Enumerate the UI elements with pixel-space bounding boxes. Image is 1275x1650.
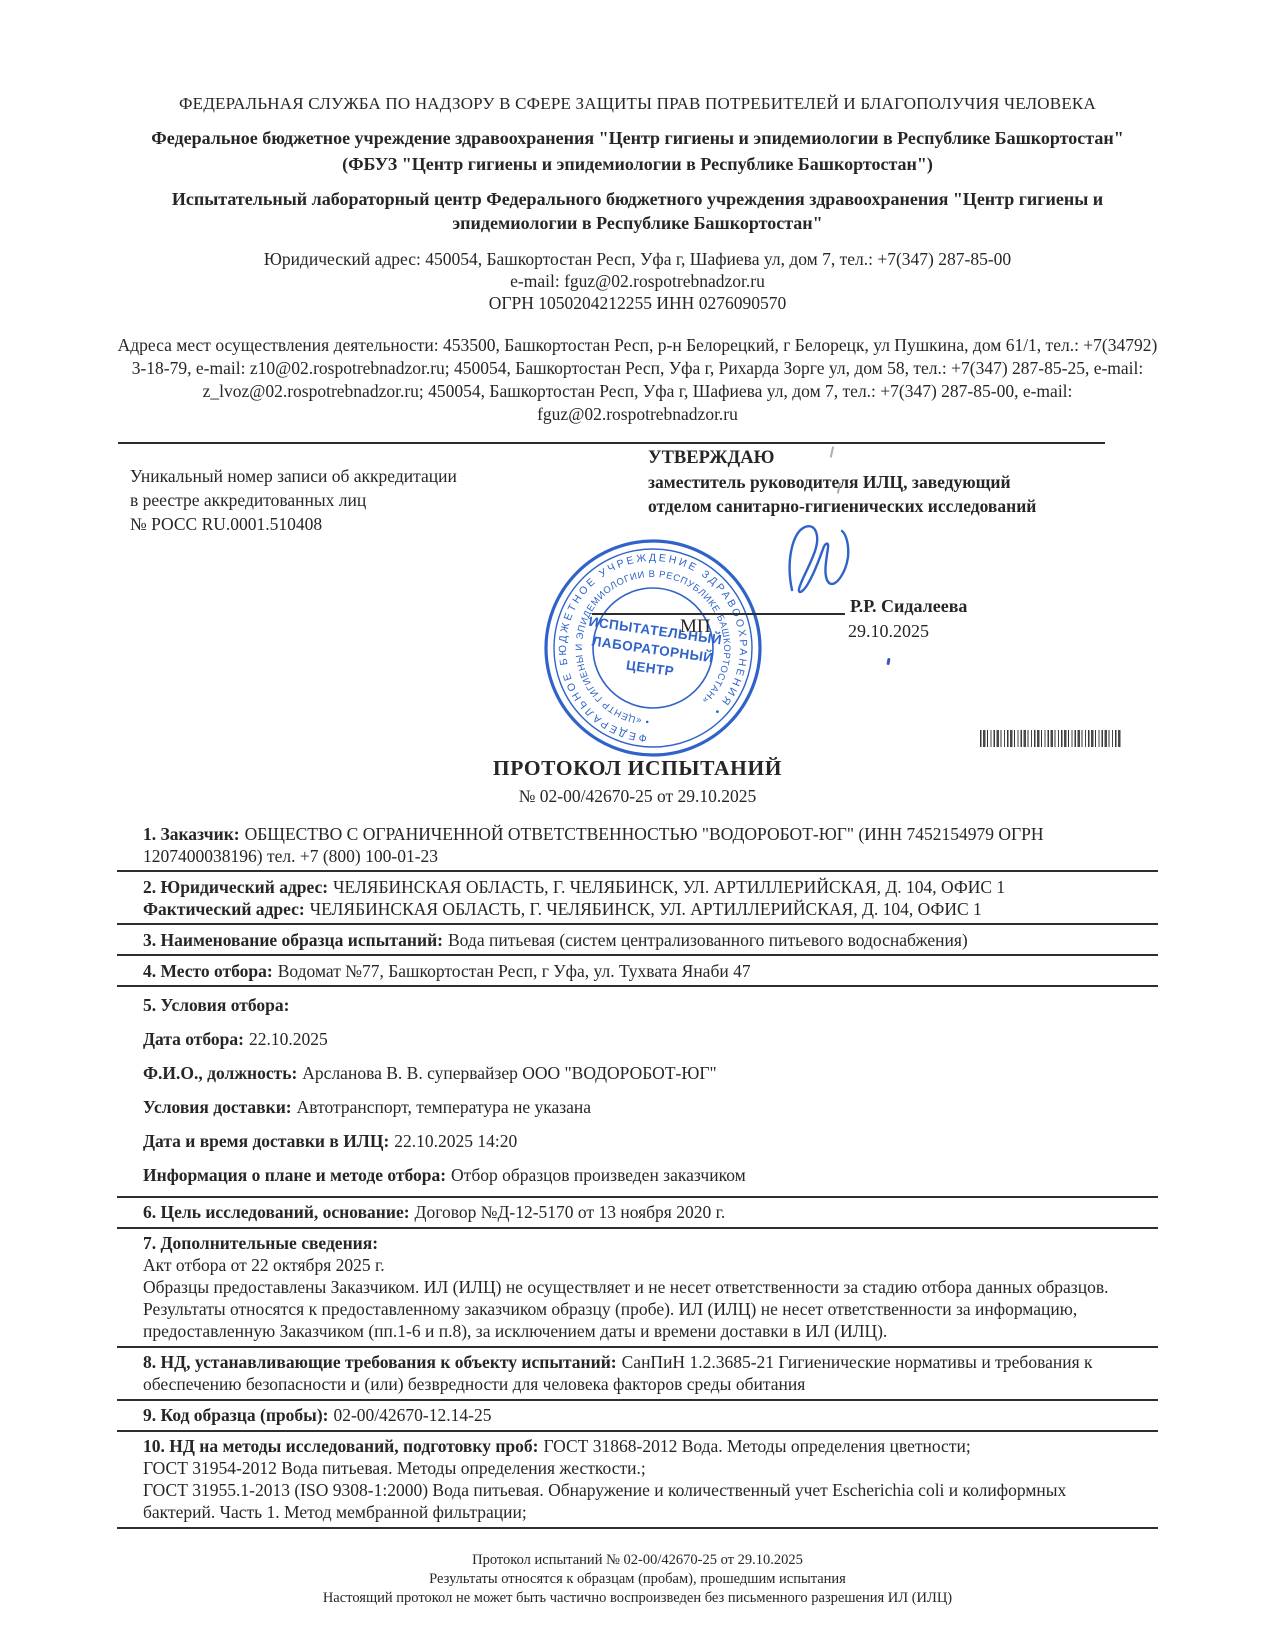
- accreditation-record: Уникальный номер записи об аккредитации …: [130, 464, 457, 536]
- section-requirements-nd: 8. НД, устанавливающие требования к объе…: [117, 1349, 1158, 1398]
- section-sampling-conditions: 5. Условия отбора:: [117, 988, 1158, 1019]
- sampler-name-label: Ф.И.О., должность:: [143, 1063, 297, 1083]
- protocol-sections: 1. Заказчик:ОБЩЕСТВО С ОГРАНИЧЕННОЙ ОТВЕ…: [117, 820, 1158, 1529]
- sample-code-label: 9. Код образца (пробы):: [143, 1405, 328, 1425]
- methods-nd-line2: ГОСТ 31954-2012 Вода питьевая. Методы оп…: [143, 1457, 1132, 1479]
- round-stamp: ФЕДЕРАЛЬНОЕ БЮДЖЕТНОЕ УЧРЕЖДЕНИЕ ЗДРАВОО…: [538, 533, 768, 763]
- approval-date: 29.10.2025: [848, 621, 929, 642]
- legal-address-value: ЧЕЛЯБИНСКАЯ ОБЛАСТЬ, Г. ЧЕЛЯБИНСК, УЛ. А…: [333, 877, 1005, 897]
- delivery-conditions-value: Автотранспорт, температура не указана: [297, 1097, 591, 1117]
- disclaimer-paragraph: Образцы предоставлены Заказчиком. ИЛ (ИЛ…: [143, 1276, 1132, 1342]
- footer-protocol-number: Протокол испытаний № 02-00/42670-25 от 2…: [0, 1551, 1275, 1570]
- legal-address-label: 2. Юридический адрес:: [143, 877, 328, 897]
- protocol-number: № 02-00/42670-25 от 29.10.2025: [0, 786, 1275, 807]
- methods-nd-line3: ГОСТ 31955.1-2013 (ISO 9308-1:2000) Вода…: [143, 1479, 1132, 1523]
- sampling-date-row: Дата отбора:22.10.2025: [117, 1026, 1158, 1053]
- sample-name-label: 3. Наименование образца испытаний:: [143, 930, 443, 950]
- section-sampling-place: 4. Место отбора:Водомат №77, Башкортоста…: [117, 957, 1158, 984]
- barcode: [980, 730, 1121, 747]
- stamp-place-label: МП: [680, 616, 711, 638]
- delivery-conditions-row: Условия доставки:Автотранспорт, температ…: [117, 1094, 1158, 1121]
- document-footer: Протокол испытаний № 02-00/42670-25 от 2…: [0, 1551, 1275, 1608]
- ogrn-inn: ОГРН 1050204212255 ИНН 0276090570: [118, 292, 1158, 314]
- footer-reproduction-note: Настоящий протокол не может быть частичн…: [0, 1589, 1275, 1608]
- sampling-plan-label: Информация о плане и методе отбора:: [143, 1165, 446, 1185]
- sampling-place-value: Водомат №77, Башкортостан Респ, г Уфа, у…: [278, 961, 751, 981]
- separator-line: [117, 985, 1158, 987]
- section-methods-nd: 10. НД на методы исследований, подготовк…: [117, 1433, 1158, 1526]
- organization-name: Федеральное бюджетное учреждение здравоо…: [118, 126, 1158, 150]
- section-sample-name: 3. Наименование образца испытаний:Вода п…: [117, 926, 1158, 953]
- delivery-datetime-value: 22.10.2025 14:20: [394, 1131, 517, 1151]
- protocol-title-block: ПРОТОКОЛ ИСПЫТАНИЙ № 02-00/42670-25 от 2…: [0, 756, 1275, 807]
- sampling-conditions-label: 5. Условия отбора:: [143, 995, 289, 1015]
- approver-role-line1: заместитель руководителя ИЛЦ, заведующий: [648, 470, 1036, 494]
- sample-code-value: 02-00/42670-12.14-25: [333, 1405, 491, 1425]
- activity-addresses: Адреса мест осуществления деятельности: …: [118, 334, 1158, 426]
- org-email: e-mail: fguz@02.rospotrebnadzor.ru: [118, 270, 1158, 292]
- methods-nd-label: 10. НД на методы исследований, подготовк…: [143, 1436, 538, 1456]
- footer-results-note: Результаты относятся к образцам (пробам)…: [0, 1570, 1275, 1589]
- section-additional-info: 7. Дополнительные сведения: Акт отбора о…: [117, 1230, 1158, 1345]
- accreditation-number: № РОСС RU.0001.510408: [130, 512, 457, 536]
- separator-line: [117, 1196, 1158, 1198]
- section-research-purpose: 6. Цель исследований, основание:Договор …: [117, 1199, 1158, 1226]
- research-purpose-value: Договор №Д-12-5170 от 13 ноября 2020 г.: [415, 1202, 726, 1222]
- federal-service-name: ФЕДЕРАЛЬНАЯ СЛУЖБА ПО НАДЗОРУ В СФЕРЕ ЗА…: [118, 92, 1158, 115]
- delivery-conditions-label: Условия доставки:: [143, 1097, 292, 1117]
- sampling-act-line: Акт отбора от 22 октября 2025 г.: [143, 1254, 1132, 1276]
- sampling-date-label: Дата отбора:: [143, 1029, 244, 1049]
- requirements-nd-label: 8. НД, устанавливающие требования к объе…: [143, 1352, 617, 1372]
- section-legal-address: 2. Юридический адрес:ЧЕЛЯБИНСКАЯ ОБЛАСТЬ…: [117, 873, 1158, 922]
- separator-line: [117, 1346, 1158, 1348]
- separator-line: [117, 1527, 1158, 1529]
- approval-title: УТВЕРЖДАЮ: [648, 446, 1036, 470]
- sampling-plan-value: Отбор образцов произведен заказчиком: [451, 1165, 746, 1185]
- approval-block: Уникальный номер записи об аккредитации …: [0, 444, 1275, 756]
- section-customer-label: 1. Заказчик:: [143, 824, 240, 844]
- approval-header: УТВЕРЖДАЮ заместитель руководителя ИЛЦ, …: [648, 446, 1036, 518]
- separator-line: [117, 1430, 1158, 1432]
- stamp-center-line3: ЦЕНТР: [625, 658, 675, 680]
- section-sample-code: 9. Код образца (пробы):02-00/42670-12.14…: [117, 1402, 1158, 1429]
- section-customer: 1. Заказчик:ОБЩЕСТВО С ОГРАНИЧЕННОЙ ОТВЕ…: [117, 820, 1158, 869]
- document-page: ФЕДЕРАЛЬНАЯ СЛУЖБА ПО НАДЗОРУ В СФЕРЕ ЗА…: [0, 0, 1275, 1650]
- accreditation-line2: в реестре аккредитованных лиц: [130, 488, 457, 512]
- sampler-name-value: Арсланова В. В. супервайзер ООО "ВОДОРОБ…: [302, 1063, 716, 1083]
- testing-lab-center-name: Испытательный лабораторный центр Федерал…: [118, 187, 1158, 235]
- document-header: ФЕДЕРАЛЬНАЯ СЛУЖБА ПО НАДЗОРУ В СФЕРЕ ЗА…: [118, 0, 1158, 426]
- separator-line: [117, 954, 1158, 956]
- sampling-plan-row: Информация о плане и методе отбора:Отбор…: [117, 1162, 1158, 1189]
- separator-line: [117, 870, 1158, 872]
- separator-line: [117, 1399, 1158, 1401]
- sampler-name-row: Ф.И.О., должность:Арсланова В. В. суперв…: [117, 1060, 1158, 1087]
- section-customer-value: ОБЩЕСТВО С ОГРАНИЧЕННОЙ ОТВЕТСТВЕННОСТЬЮ…: [143, 824, 1043, 866]
- scan-artifact-ink-dot: [886, 658, 890, 665]
- actual-address-value: ЧЕЛЯБИНСКАЯ ОБЛАСТЬ, Г. ЧЕЛЯБИНСК, УЛ. А…: [310, 899, 982, 919]
- methods-nd-value: ГОСТ 31868-2012 Вода. Методы определения…: [543, 1436, 970, 1456]
- signature-line: [592, 613, 845, 615]
- approver-role-line2: отделом санитарно-гигиенических исследов…: [648, 494, 1036, 518]
- research-purpose-label: 6. Цель исследований, основание:: [143, 1202, 410, 1222]
- accreditation-line1: Уникальный номер записи об аккредитации: [130, 464, 457, 488]
- sampling-date-value: 22.10.2025: [249, 1029, 328, 1049]
- delivery-datetime-label: Дата и время доставки в ИЛЦ:: [143, 1131, 389, 1151]
- legal-address: Юридический адрес: 450054, Башкортостан …: [118, 248, 1158, 270]
- separator-line: [117, 923, 1158, 925]
- additional-info-label: 7. Дополнительные сведения:: [143, 1233, 378, 1253]
- delivery-datetime-row: Дата и время доставки в ИЛЦ:22.10.2025 1…: [117, 1128, 1158, 1155]
- separator-line: [117, 1227, 1158, 1229]
- sampling-place-label: 4. Место отбора:: [143, 961, 273, 981]
- sample-name-value: Вода питьевая (систем централизованного …: [448, 930, 968, 950]
- actual-address-label: Фактический адрес:: [143, 899, 305, 919]
- organization-abbreviation: (ФБУЗ "Центр гигиены и эпидемиологии в Р…: [118, 152, 1158, 176]
- handwritten-signature: [772, 520, 882, 606]
